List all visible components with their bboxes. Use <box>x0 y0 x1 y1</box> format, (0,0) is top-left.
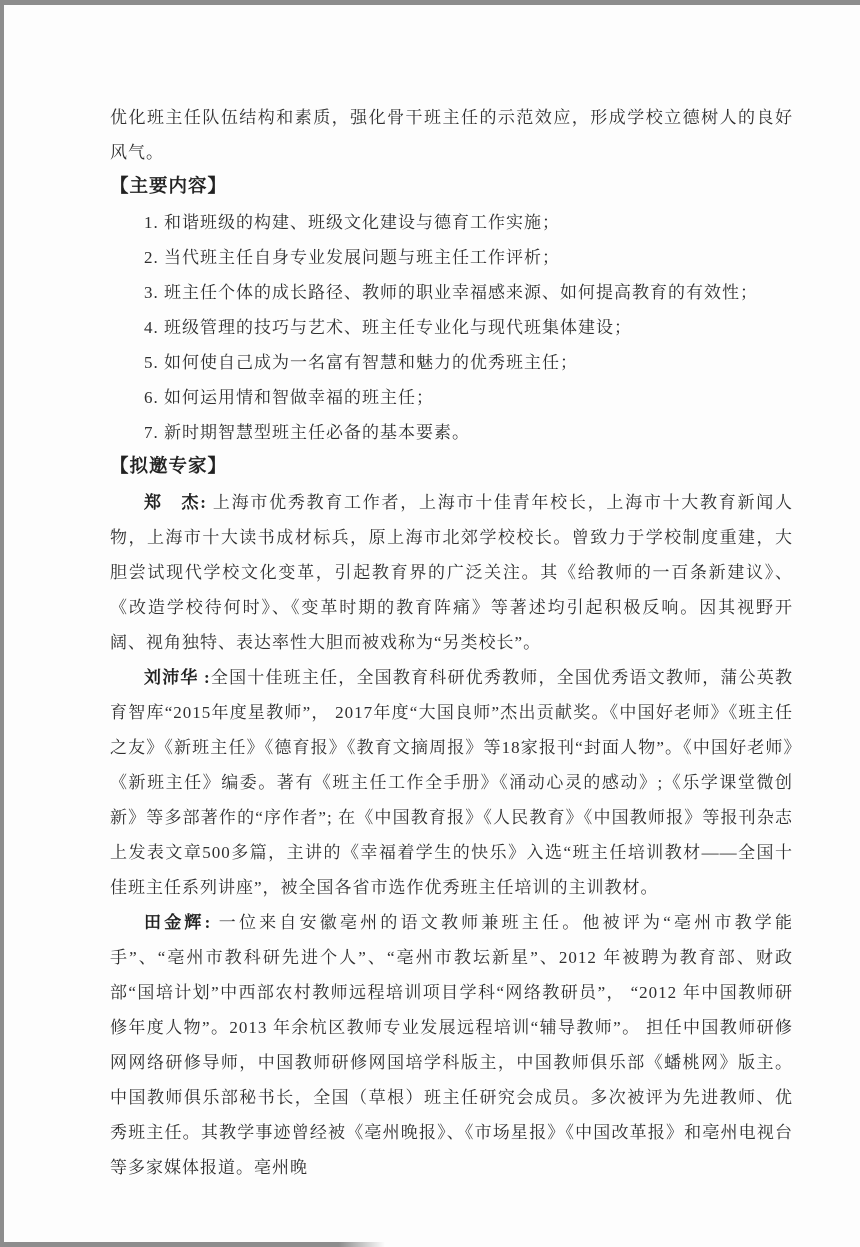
list-item-2: 2. 当代班主任自身专业发展问题与班主任工作评析； <box>110 240 793 275</box>
list-item-7: 7. 新时期智慧型班主任必备的基本要素。 <box>110 415 793 450</box>
expert-bio-zheng-jie: 上海市优秀教育工作者，上海市十佳青年校长，上海市十大教育新闻人物，上海市十大读书… <box>110 493 793 652</box>
expert-paragraph-tian-jinhui: 田金辉: 一位来自安徽亳州的语文教师兼班主任。他被评为“亳州市教学能手”、“亳州… <box>110 905 793 1185</box>
list-item-6: 6. 如何运用情和智做幸福的班主任； <box>110 380 793 415</box>
expert-name-zheng-jie: 郑 杰: <box>144 493 207 512</box>
scan-edge-top <box>0 0 860 5</box>
expert-bio-liu-peihua: 全国十佳班主任，全国教育科研优秀教师，全国优秀语文教师，蒲公英教育智库“2015… <box>110 668 793 897</box>
heading-invited-experts: 【拟邀专家】 <box>110 450 793 485</box>
intro-paragraph: 优化班主任队伍结构和素质，强化骨干班主任的示范效应，形成学校立德树人的良好风气。 <box>110 100 793 170</box>
scanned-document-page: 优化班主任队伍结构和素质，强化骨干班主任的示范效应，形成学校立德树人的良好风气。… <box>0 0 860 1247</box>
expert-name-tian-jinhui: 田金辉: <box>144 913 211 932</box>
expert-bio-tian-jinhui: 一位来自安徽亳州的语文教师兼班主任。他被评为“亳州市教学能手”、“亳州市教科研先… <box>110 913 793 1177</box>
expert-name-liu-peihua: 刘沛华 : <box>144 668 211 687</box>
list-item-4: 4. 班级管理的技巧与艺术、班主任专业化与现代班集体建设； <box>110 310 793 345</box>
heading-main-content: 【主要内容】 <box>110 170 793 205</box>
expert-paragraph-zheng-jie: 郑 杰: 上海市优秀教育工作者，上海市十佳青年校长，上海市十大教育新闻人物，上海… <box>110 485 793 660</box>
expert-paragraph-liu-peihua: 刘沛华 :全国十佳班主任，全国教育科研优秀教师，全国优秀语文教师，蒲公英教育智库… <box>110 660 793 905</box>
list-item-1: 1. 和谐班级的构建、班级文化建设与德育工作实施； <box>110 205 793 240</box>
scan-edge-left <box>0 0 4 1247</box>
document-content: 优化班主任队伍结构和素质，强化骨干班主任的示范效应，形成学校立德树人的良好风气。… <box>110 100 793 1185</box>
list-item-5: 5. 如何使自己成为一名富有智慧和魅力的优秀班主任； <box>110 345 793 380</box>
list-item-3: 3. 班主任个体的成长路径、教师的职业幸福感来源、如何提高教育的有效性； <box>110 275 793 310</box>
scan-edge-bottom <box>0 1242 385 1247</box>
